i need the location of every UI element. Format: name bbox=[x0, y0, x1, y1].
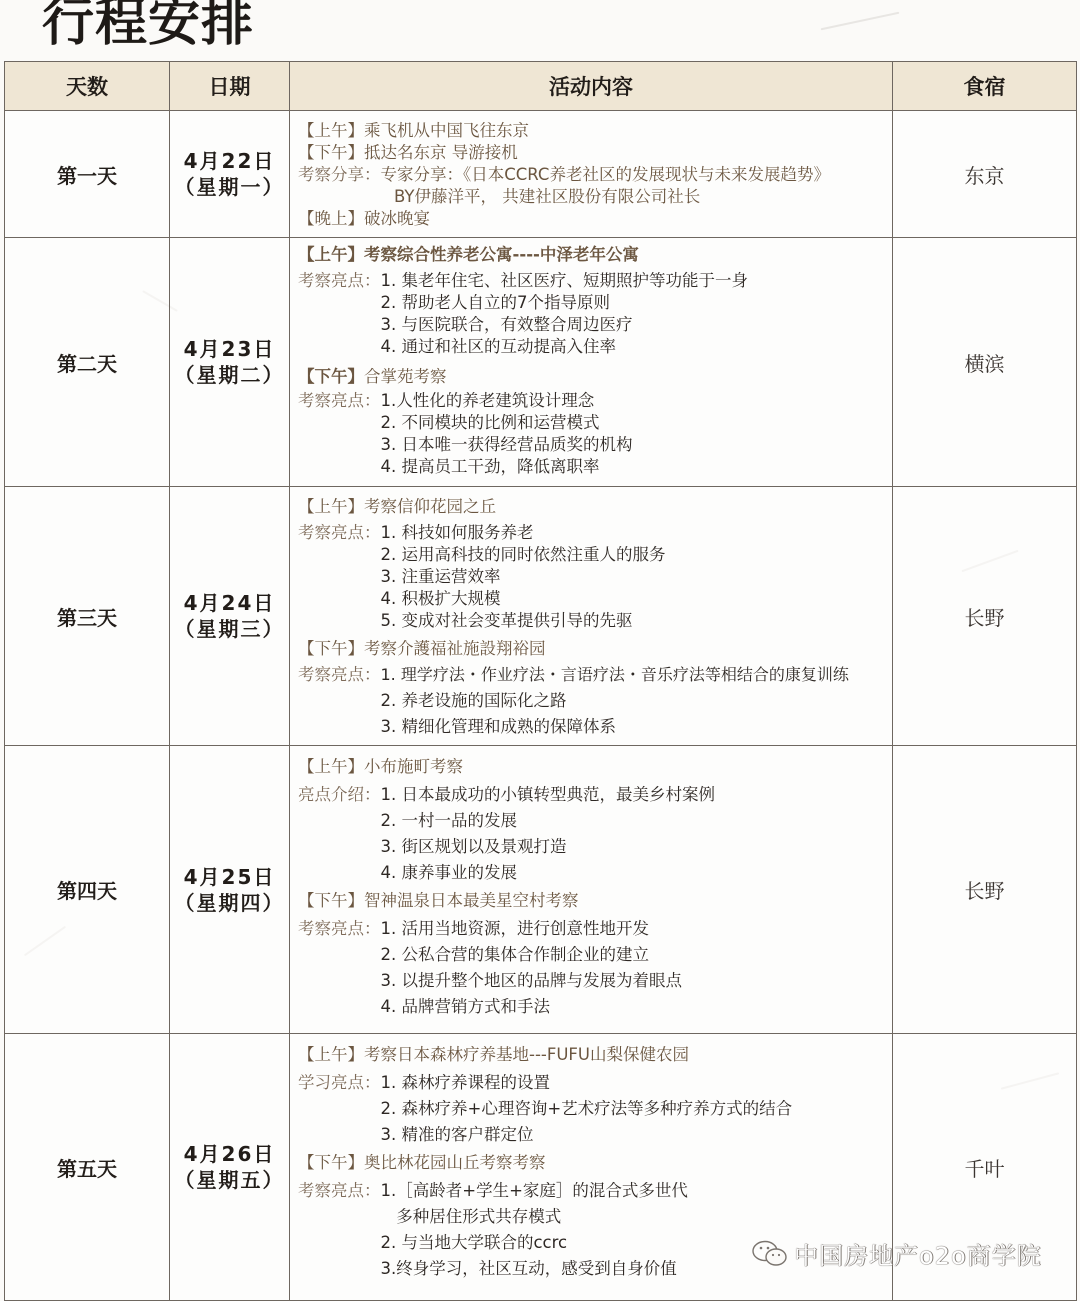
watermark: 中国房地产o2o商学院 bbox=[752, 1236, 1042, 1271]
list-item: 1. 集老年住宅、社区医疗、短期照护等功能于一身 bbox=[381, 270, 749, 292]
list-item: 1.人性化的养老建筑设计理念 bbox=[381, 390, 633, 412]
date: 4月25日 bbox=[170, 864, 289, 890]
am-tag: 【上午】 bbox=[298, 121, 364, 140]
date: 4月22日 bbox=[170, 148, 289, 174]
table-row-day1: 第一天 4月22日 （星期一） 【上午】乘飞机从中国飞往东京 【下午】抵达名东京… bbox=[5, 111, 1077, 238]
pm-text: 考察介護福祉施設翔裕园 bbox=[364, 639, 546, 658]
stay-cell: 长野 bbox=[893, 746, 1077, 1034]
highlight-label: 亮点介绍： bbox=[298, 784, 381, 884]
list-item: 3. 精细化管理和成熟的保障体系 bbox=[381, 716, 849, 738]
day-cell: 第二天 bbox=[5, 238, 170, 487]
list-item: 1. 日本最成功的小镇转型典范，最美乡村案例 bbox=[381, 784, 716, 806]
highlight-list: 1. 森林疗养课程的设置 2. 森林疗养+心理咨询+艺术疗法等多种疗养方式的结合… bbox=[381, 1072, 793, 1146]
highlight-list: 1. 科技如何服务养老 2. 运用高科技的同时依然注重人的服务 3. 注重运营效… bbox=[381, 522, 666, 632]
am-text: 小布施町考察 bbox=[364, 757, 463, 776]
page-title: 行程安排 bbox=[42, 0, 254, 60]
day-cell: 第四天 bbox=[5, 746, 170, 1034]
date-cell: 4月23日 （星期二） bbox=[170, 238, 290, 487]
am-tag: 【上午】 bbox=[298, 1045, 364, 1064]
date-cell: 4月22日 （星期一） bbox=[170, 111, 290, 238]
pm-session: 【下午】考察介護福祉施設翔裕园 bbox=[298, 638, 892, 660]
am-tag: 【上午】 bbox=[298, 245, 364, 264]
list-item: 2. 运用高科技的同时依然注重人的服务 bbox=[381, 544, 666, 566]
am-highlights: 学习亮点： 1. 森林疗养课程的设置 2. 森林疗养+心理咨询+艺术疗法等多种疗… bbox=[298, 1072, 892, 1146]
highlight-list: 1. 日本最成功的小镇转型典范，最美乡村案例 2. 一村一品的发展 3. 街区规… bbox=[381, 784, 716, 884]
list-item: 2. 养老设施的国际化之路 bbox=[381, 690, 849, 712]
pm-session: 【下午】智神温泉日本最美星空村考察 bbox=[298, 890, 892, 912]
date: 4月24日 bbox=[170, 590, 289, 616]
table-header-row: 天数 日期 活动内容 食宿 bbox=[5, 62, 1077, 111]
pm-tag: 【下午】 bbox=[298, 1153, 364, 1172]
list-item: 2. 一村一品的发展 bbox=[381, 810, 716, 832]
weekday: （星期四） bbox=[170, 890, 289, 916]
pm-tag: 【下午】 bbox=[298, 891, 364, 910]
list-item: 3. 街区规划以及景观打造 bbox=[381, 836, 716, 858]
weekday: （星期二） bbox=[170, 362, 289, 388]
list-item: 3. 日本唯一获得经营品质奖的机构 bbox=[381, 434, 633, 456]
highlight-label: 考察亮点： bbox=[298, 1180, 381, 1280]
list-item: 3.终身学习，社区互动，感受到自身价值 bbox=[381, 1258, 688, 1280]
wechat-icon bbox=[752, 1240, 788, 1268]
pm-text: 智神温泉日本最美星空村考察 bbox=[364, 891, 579, 910]
share-label: 考察分享： bbox=[298, 165, 381, 184]
evening-text: 破冰晚宴 bbox=[364, 209, 430, 228]
day-cell: 第一天 bbox=[5, 111, 170, 238]
am-text: 考察日本森林疗养基地---FUFU山梨保健农园 bbox=[364, 1045, 689, 1064]
day-cell: 第五天 bbox=[5, 1034, 170, 1301]
highlight-list: 1.人性化的养老建筑设计理念 2. 不同模块的比例和运营模式 3. 日本唯一获得… bbox=[381, 390, 633, 478]
weekday: （星期三） bbox=[170, 616, 289, 642]
itinerary-page: 行程安排 天数 日期 活动内容 食宿 第一天 4月22日 （星期一） bbox=[0, 0, 1080, 1301]
highlight-label: 考察亮点： bbox=[298, 390, 381, 478]
list-item: 2. 不同模块的比例和运营模式 bbox=[381, 412, 633, 434]
table-row-day3: 第三天 4月24日 （星期三） 【上午】考察信仰花园之丘 考察亮点： 1. 科技… bbox=[5, 487, 1077, 746]
header-activities: 活动内容 bbox=[290, 62, 893, 111]
pm-text: 奥比林花园山丘考察考察 bbox=[364, 1153, 546, 1172]
highlight-label: 考察亮点： bbox=[298, 664, 381, 738]
highlight-label: 考察亮点： bbox=[298, 918, 381, 1018]
list-item: 4. 康养事业的发展 bbox=[381, 862, 716, 884]
pm-tag: 【下午】 bbox=[298, 367, 364, 386]
header-accommodation: 食宿 bbox=[893, 62, 1077, 111]
paper-texture bbox=[821, 12, 900, 31]
am-highlights: 考察亮点： 1. 科技如何服务养老 2. 运用高科技的同时依然注重人的服务 3.… bbox=[298, 522, 892, 632]
list-item: 5. 变成对社会变革提供引导的先驱 bbox=[381, 610, 666, 632]
pm-highlights: 考察亮点： 1.人性化的养老建筑设计理念 2. 不同模块的比例和运营模式 3. … bbox=[298, 390, 892, 478]
am-text: 考察综合性养老公寓----中泽老年公寓 bbox=[364, 245, 639, 264]
am-highlights: 考察亮点： 1. 集老年住宅、社区医疗、短期照护等功能于一身 2. 帮助老人自立… bbox=[298, 270, 892, 358]
list-item: 2. 公私合营的集体合作制企业的建立 bbox=[381, 944, 683, 966]
am-session: 【上午】考察日本森林疗养基地---FUFU山梨保健农园 bbox=[298, 1044, 892, 1066]
evening-tag: 【晚上】 bbox=[298, 209, 364, 228]
activity-cell: 【上午】乘飞机从中国飞往东京 【下午】抵达名东京 导游接机 考察分享：专家分享：… bbox=[290, 111, 893, 238]
activity-cell: 【上午】考察信仰花园之丘 考察亮点： 1. 科技如何服务养老 2. 运用高科技的… bbox=[290, 487, 893, 746]
list-item: 1. 活用当地资源，进行创意性地开发 bbox=[381, 918, 683, 940]
watermark-text: 中国房地产o2o商学院 bbox=[794, 1236, 1042, 1271]
weekday: （星期五） bbox=[170, 1167, 289, 1193]
pm-text: 合掌苑考察 bbox=[364, 367, 447, 386]
list-item: 3. 与医院联合，有效整合周边医疗 bbox=[381, 314, 749, 336]
list-item: 3. 精准的客户群定位 bbox=[381, 1124, 793, 1146]
list-item: 4. 积极扩大规模 bbox=[381, 588, 666, 610]
highlight-label: 学习亮点： bbox=[298, 1072, 381, 1146]
list-item: 2. 帮助老人自立的7个指导原则 bbox=[381, 292, 749, 314]
itinerary-table: 天数 日期 活动内容 食宿 第一天 4月22日 （星期一） 【上午】乘飞机从中国… bbox=[4, 61, 1077, 1301]
pm-tag: 【下午】 bbox=[298, 143, 364, 162]
date-cell: 4月25日 （星期四） bbox=[170, 746, 290, 1034]
share-by: BY伊藤洋平， 共建社区股份有限公司社长 bbox=[298, 186, 892, 208]
header-days: 天数 bbox=[5, 62, 170, 111]
am-session: 【上午】乘飞机从中国飞往东京 bbox=[298, 120, 892, 142]
list-item: 1.［高龄者+学生+家庭］的混合式多世代 bbox=[381, 1180, 688, 1202]
stay-cell: 横滨 bbox=[893, 238, 1077, 487]
highlight-list: 1. 活用当地资源，进行创意性地开发 2. 公私合营的集体合作制企业的建立 3.… bbox=[381, 918, 683, 1018]
list-item: 1. 森林疗养课程的设置 bbox=[381, 1072, 793, 1094]
pm-session: 【下午】合掌苑考察 bbox=[298, 366, 892, 388]
date-cell: 4月24日 （星期三） bbox=[170, 487, 290, 746]
am-session: 【上午】考察信仰花园之丘 bbox=[298, 496, 892, 518]
list-item: 4. 提高员工干劲，降低离职率 bbox=[381, 456, 633, 478]
stay-cell: 长野 bbox=[893, 487, 1077, 746]
header-date: 日期 bbox=[170, 62, 290, 111]
pm-highlights: 考察亮点： 1. 理学疗法・作业疗法・言语疗法・音乐疗法等相结合的康复训练 2.… bbox=[298, 664, 892, 738]
list-item: 多种居住形式共存模式 bbox=[381, 1206, 688, 1228]
pm-session: 【下午】奥比林花园山丘考察考察 bbox=[298, 1152, 892, 1174]
am-tag: 【上午】 bbox=[298, 757, 364, 776]
pm-tag: 【下午】 bbox=[298, 639, 364, 658]
list-item: 1. 科技如何服务养老 bbox=[381, 522, 666, 544]
am-text: 乘飞机从中国飞往东京 bbox=[364, 121, 529, 140]
am-session: 【上午】考察综合性养老公寓----中泽老年公寓 bbox=[298, 244, 892, 266]
evening-session: 【晚上】破冰晚宴 bbox=[298, 208, 892, 230]
share-line: 考察分享：专家分享：《日本CCRC养老社区的发展现状与未来发展趋势》 bbox=[298, 164, 892, 186]
pm-session: 【下午】抵达名东京 导游接机 bbox=[298, 142, 892, 164]
list-item: 4. 品牌营销方式和手法 bbox=[381, 996, 683, 1018]
highlight-label: 考察亮点： bbox=[298, 522, 381, 632]
am-highlights: 亮点介绍： 1. 日本最成功的小镇转型典范，最美乡村案例 2. 一村一品的发展 … bbox=[298, 784, 892, 884]
list-item: 2. 与当地大学联合的ccrc bbox=[381, 1232, 688, 1254]
am-text: 考察信仰花园之丘 bbox=[364, 497, 496, 516]
table-row-day4: 第四天 4月25日 （星期四） 【上午】小布施町考察 亮点介绍： 1. 日本最成… bbox=[5, 746, 1077, 1034]
date: 4月23日 bbox=[170, 336, 289, 362]
pm-text: 抵达名东京 导游接机 bbox=[364, 143, 518, 162]
highlight-list: 1. 集老年住宅、社区医疗、短期照护等功能于一身 2. 帮助老人自立的7个指导原… bbox=[381, 270, 749, 358]
pm-highlights: 考察亮点： 1. 活用当地资源，进行创意性地开发 2. 公私合营的集体合作制企业… bbox=[298, 918, 892, 1018]
weekday: （星期一） bbox=[170, 174, 289, 200]
list-item: 2. 森林疗养+心理咨询+艺术疗法等多种疗养方式的结合 bbox=[381, 1098, 793, 1120]
highlight-list: 1.［高龄者+学生+家庭］的混合式多世代 多种居住形式共存模式 2. 与当地大学… bbox=[381, 1180, 688, 1280]
activity-cell: 【上午】考察综合性养老公寓----中泽老年公寓 考察亮点： 1. 集老年住宅、社… bbox=[290, 238, 893, 487]
am-tag: 【上午】 bbox=[298, 497, 364, 516]
table-row-day2: 第二天 4月23日 （星期二） 【上午】考察综合性养老公寓----中泽老年公寓 … bbox=[5, 238, 1077, 487]
list-item: 3. 注重运营效率 bbox=[381, 566, 666, 588]
day-cell: 第三天 bbox=[5, 487, 170, 746]
stay-cell: 东京 bbox=[893, 111, 1077, 238]
list-item: 3. 以提升整个地区的品牌与发展为着眼点 bbox=[381, 970, 683, 992]
activity-cell: 【上午】小布施町考察 亮点介绍： 1. 日本最成功的小镇转型典范，最美乡村案例 … bbox=[290, 746, 893, 1034]
list-item: 1. 理学疗法・作业疗法・言语疗法・音乐疗法等相结合的康复训练 bbox=[381, 664, 849, 686]
share-text: 专家分享：《日本CCRC养老社区的发展现状与未来发展趋势》 bbox=[381, 165, 830, 184]
highlight-label: 考察亮点： bbox=[298, 270, 381, 358]
date: 4月26日 bbox=[170, 1141, 289, 1167]
list-item: 4. 通过和社区的互动提高入住率 bbox=[381, 336, 749, 358]
am-session: 【上午】小布施町考察 bbox=[298, 756, 892, 778]
highlight-list: 1. 理学疗法・作业疗法・言语疗法・音乐疗法等相结合的康复训练 2. 养老设施的… bbox=[381, 664, 849, 738]
date-cell: 4月26日 （星期五） bbox=[170, 1034, 290, 1301]
